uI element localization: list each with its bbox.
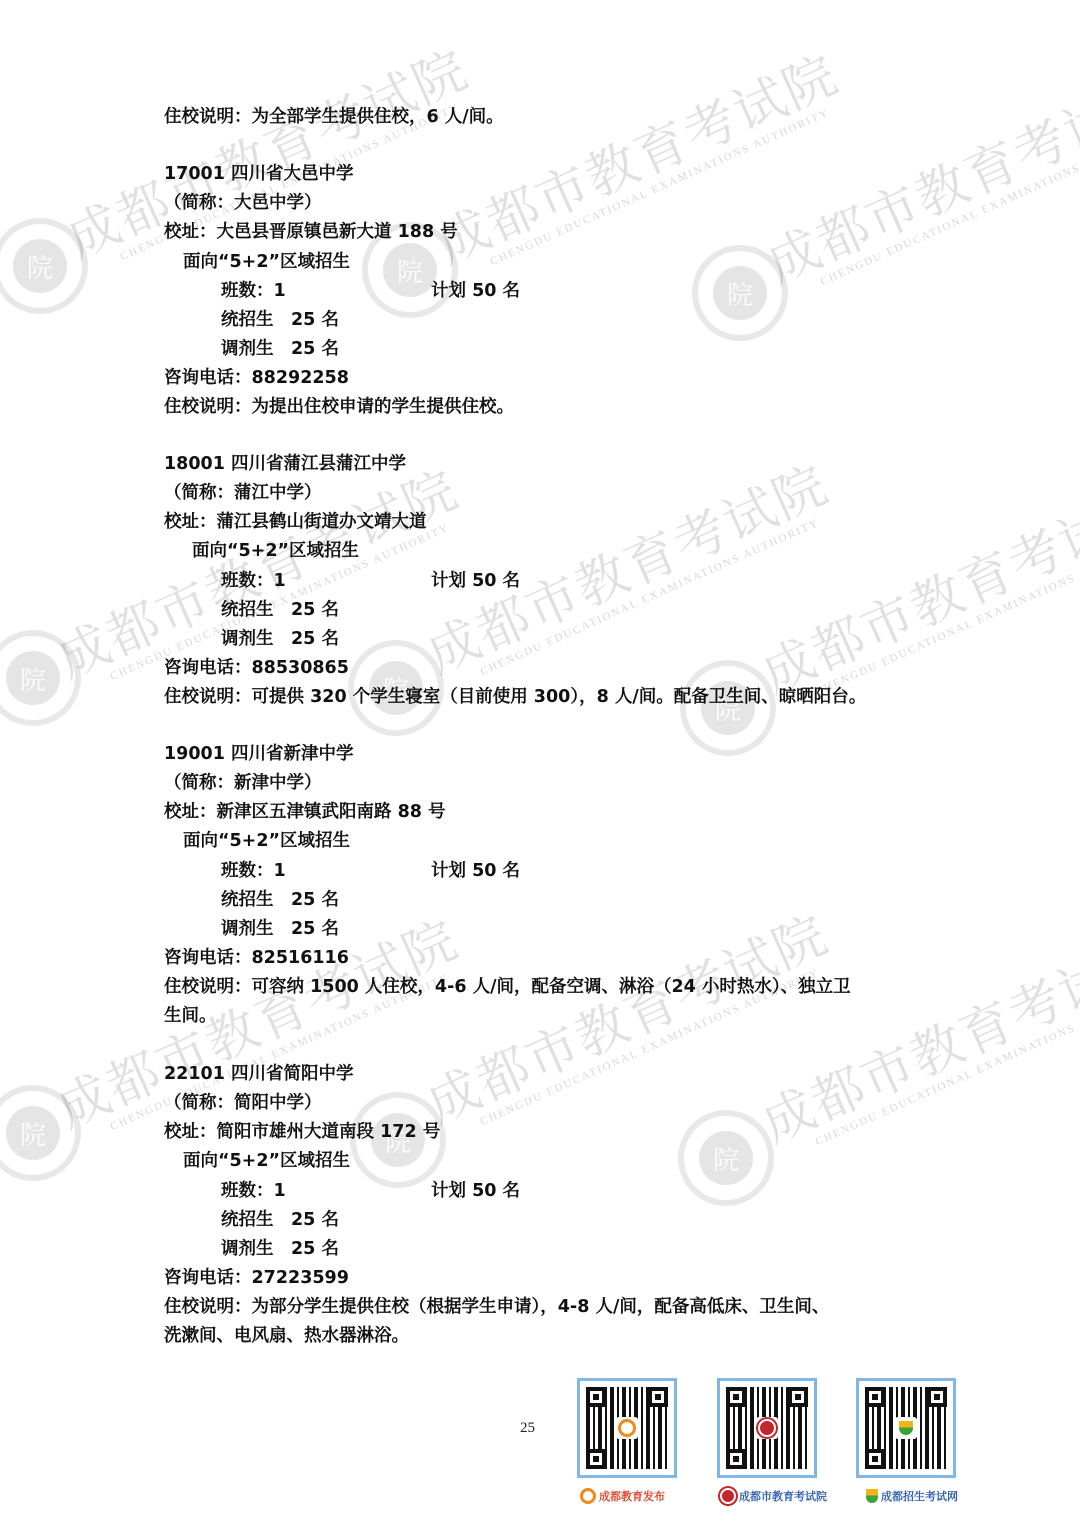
qr-finder-icon	[865, 1449, 885, 1469]
enrollment-plan: 计划 50 名	[431, 1180, 520, 1202]
adjusted-quota: 调剂生 25 名	[221, 338, 339, 360]
unified-quota: 统招生 25 名	[221, 889, 339, 911]
qr-finder-icon	[865, 1387, 885, 1407]
boarding-note: 住校说明：可容纳 1500 人住校，4-6 人/间，配备空调、淋浴（24 小时热…	[164, 976, 851, 998]
school-title: 19001 四川省新津中学	[164, 743, 353, 765]
enrollment-region: 面向“5+2”区域招生	[192, 540, 359, 562]
sun-logo-icon	[616, 1417, 638, 1439]
unified-quota: 统招生 25 名	[221, 309, 339, 331]
seal-logo-icon	[720, 1488, 736, 1504]
seal-logo-icon	[756, 1417, 778, 1439]
shield-logo-icon	[866, 1489, 878, 1503]
boarding-note: 住校说明：为全部学生提供住校，6 人/间。	[164, 106, 504, 128]
adjusted-quota: 调剂生 25 名	[221, 628, 339, 650]
watermark-text: 成都市教育考试院CHENGDU EDUCATIONAL EXAMINATIONS…	[413, 893, 841, 1145]
watermark-text: 成都市教育考试院CHENGDU EDUCATIONAL EXAMINATIONS…	[413, 443, 841, 695]
page-number: 25	[520, 1420, 535, 1437]
seal-icon: 院	[0, 218, 88, 314]
enrollment-plan: 计划 50 名	[431, 570, 520, 592]
school-title: 17001 四川省大邑中学	[164, 163, 353, 185]
sun-logo-icon	[580, 1488, 596, 1504]
school-short-name: （简称：大邑中学）	[164, 192, 322, 214]
boarding-note: 住校说明：可提供 320 个学生寝室（目前使用 300），8 人/间。配备卫生间…	[164, 686, 866, 708]
unified-quota: 统招生 25 名	[221, 599, 339, 621]
class-count: 班数：1计划 50 名	[221, 1180, 286, 1202]
brand-chengdu-education-release: 成都教育发布	[580, 1488, 665, 1504]
school-address: 校址：新津区五津镇武阳南路 88 号	[164, 801, 446, 823]
seal-icon: 院	[680, 660, 776, 756]
qr-finder-icon	[586, 1387, 606, 1407]
adjusted-quota: 调剂生 25 名	[221, 918, 339, 940]
school-title: 18001 四川省蒲江县蒲江中学	[164, 453, 406, 475]
watermark-text: 成都市教育考试院CHENGDU EDUCATIONAL EXAMINATIONS…	[753, 53, 1080, 305]
enrollment-region: 面向“5+2”区域招生	[183, 1150, 350, 1172]
watermark-text: 成都市教育考试院CHENGDU EDUCATIONAL EXAMINATIONS…	[748, 913, 1080, 1165]
contact-phone: 咨询电话：88530865	[164, 657, 349, 679]
class-count: 班数：1计划 50 名	[221, 860, 286, 882]
boarding-note-continued: 洗漱间、电风扇、热水器淋浴。	[164, 1325, 409, 1347]
enrollment-region: 面向“5+2”区域招生	[183, 251, 350, 273]
qr-finder-icon	[648, 1387, 668, 1407]
qr-finder-icon	[726, 1449, 746, 1469]
school-short-name: （简称：蒲江中学）	[164, 482, 322, 504]
unified-quota: 统招生 25 名	[221, 1209, 339, 1231]
qr-code-chengdu-exam-authority[interactable]	[717, 1378, 817, 1478]
watermark-text: 成都市教育考试院CHENGDU EDUCATIONAL EXAMINATIONS…	[423, 33, 851, 285]
seal-icon: 院	[678, 1110, 774, 1206]
watermark-text: 成都市教育考试院CHENGDU EDUCATIONAL EXAMINATIONS…	[748, 463, 1080, 715]
qr-finder-icon	[788, 1387, 808, 1407]
qr-finder-icon	[586, 1449, 606, 1469]
seal-icon: 院	[0, 630, 81, 726]
enrollment-plan: 计划 50 名	[431, 280, 520, 302]
class-count: 班数：1计划 50 名	[221, 570, 286, 592]
adjusted-quota: 调剂生 25 名	[221, 1238, 339, 1260]
brand-chengdu-exam-authority: 成都市教育考试院	[720, 1488, 827, 1504]
seal-icon: 院	[692, 245, 788, 341]
school-address: 校址：大邑县晋原镇邑新大道 188 号	[164, 221, 458, 243]
school-address: 校址：蒲江县鹤山街道办文靖大道	[164, 511, 427, 533]
enrollment-region: 面向“5+2”区域招生	[183, 830, 350, 852]
boarding-note: 住校说明：为部分学生提供住校（根据学生申请），4-8 人/间，配备高低床、卫生间…	[164, 1296, 829, 1318]
qr-finder-icon	[726, 1387, 746, 1407]
enrollment-plan: 计划 50 名	[431, 860, 520, 882]
class-count: 班数：1计划 50 名	[221, 280, 286, 302]
qr-code-chengdu-education-release[interactable]	[577, 1378, 677, 1478]
school-short-name: （简称：新津中学）	[164, 772, 322, 794]
qr-finder-icon	[927, 1387, 947, 1407]
shield-logo-icon	[895, 1417, 917, 1439]
school-address: 校址：简阳市雄州大道南段 172 号	[164, 1121, 440, 1143]
school-title: 22101 四川省简阳中学	[164, 1063, 353, 1085]
contact-phone: 咨询电话：88292258	[164, 367, 349, 389]
contact-phone: 咨询电话：82516116	[164, 947, 349, 969]
contact-phone: 咨询电话：27223599	[164, 1267, 349, 1289]
seal-icon: 院	[0, 1085, 81, 1181]
school-short-name: （简称：简阳中学）	[164, 1092, 322, 1114]
page-footer: 25 成都教育发布 成都市教育考试院 成都招生考试网	[0, 1368, 1080, 1528]
boarding-note: 住校说明：为提出住校申请的学生提供住校。	[164, 396, 514, 418]
boarding-note-continued: 生间。	[164, 1005, 217, 1027]
brand-chengdu-admissions-site: 成都招生考试网	[866, 1488, 958, 1504]
qr-code-chengdu-admissions-site[interactable]	[856, 1378, 956, 1478]
